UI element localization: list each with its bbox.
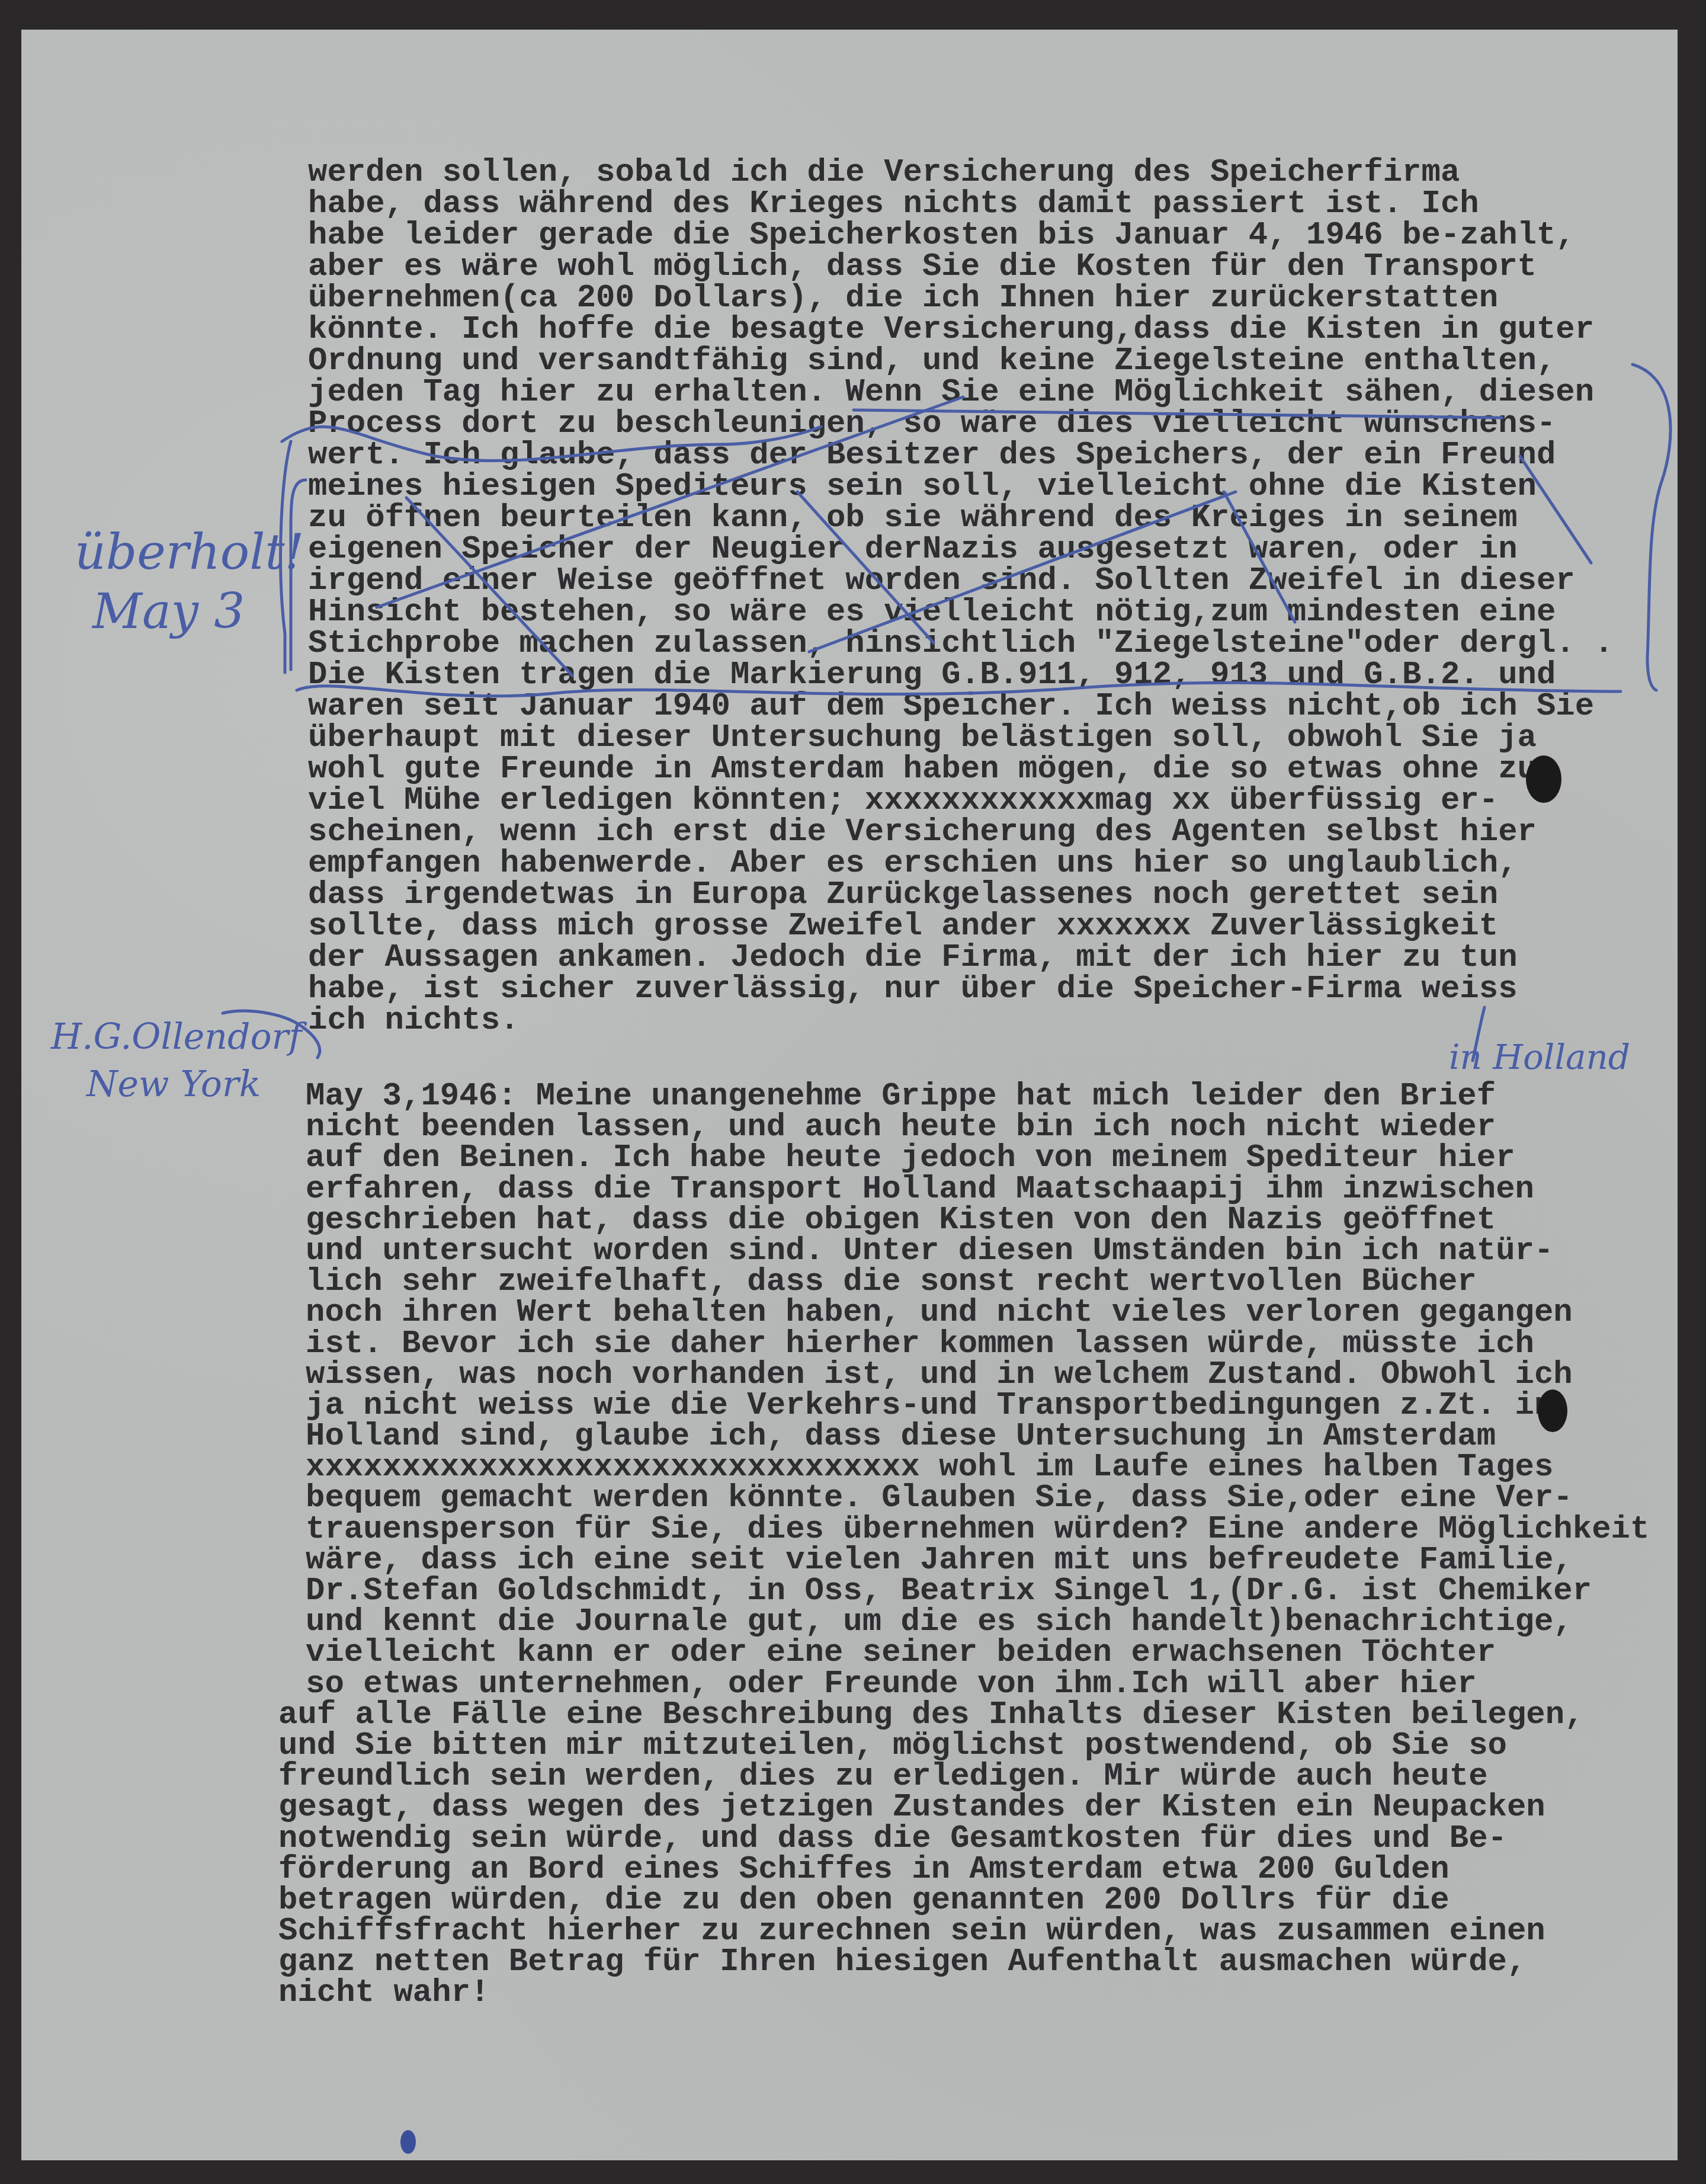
punch-hole xyxy=(1526,755,1561,803)
cross-out-line xyxy=(809,492,1236,652)
cross-out-line xyxy=(1224,492,1295,622)
cross-out-line xyxy=(797,492,934,643)
ink-dot xyxy=(400,2130,416,2154)
punch-hole xyxy=(1538,1389,1567,1432)
strikethrough-line xyxy=(854,410,1502,418)
margin-note-city: New York xyxy=(86,1064,261,1105)
cross-out-line xyxy=(377,397,963,607)
inline-insert-note: in Holland xyxy=(1449,1037,1630,1077)
letter-page: werden sollen, sobald ich die Versicheru… xyxy=(21,30,1678,2160)
strikethrough-line xyxy=(297,683,1621,696)
pen-markup-overlay xyxy=(21,30,1678,2160)
cross-out-line xyxy=(1520,456,1591,563)
margin-note-name: H.G.Ollendorf xyxy=(51,1016,302,1058)
bracket-right xyxy=(1633,364,1670,690)
margin-note-ueberholt: überholt! xyxy=(75,524,304,581)
strikethrough-line xyxy=(282,427,821,461)
margin-note-date: May 3 xyxy=(92,584,245,640)
